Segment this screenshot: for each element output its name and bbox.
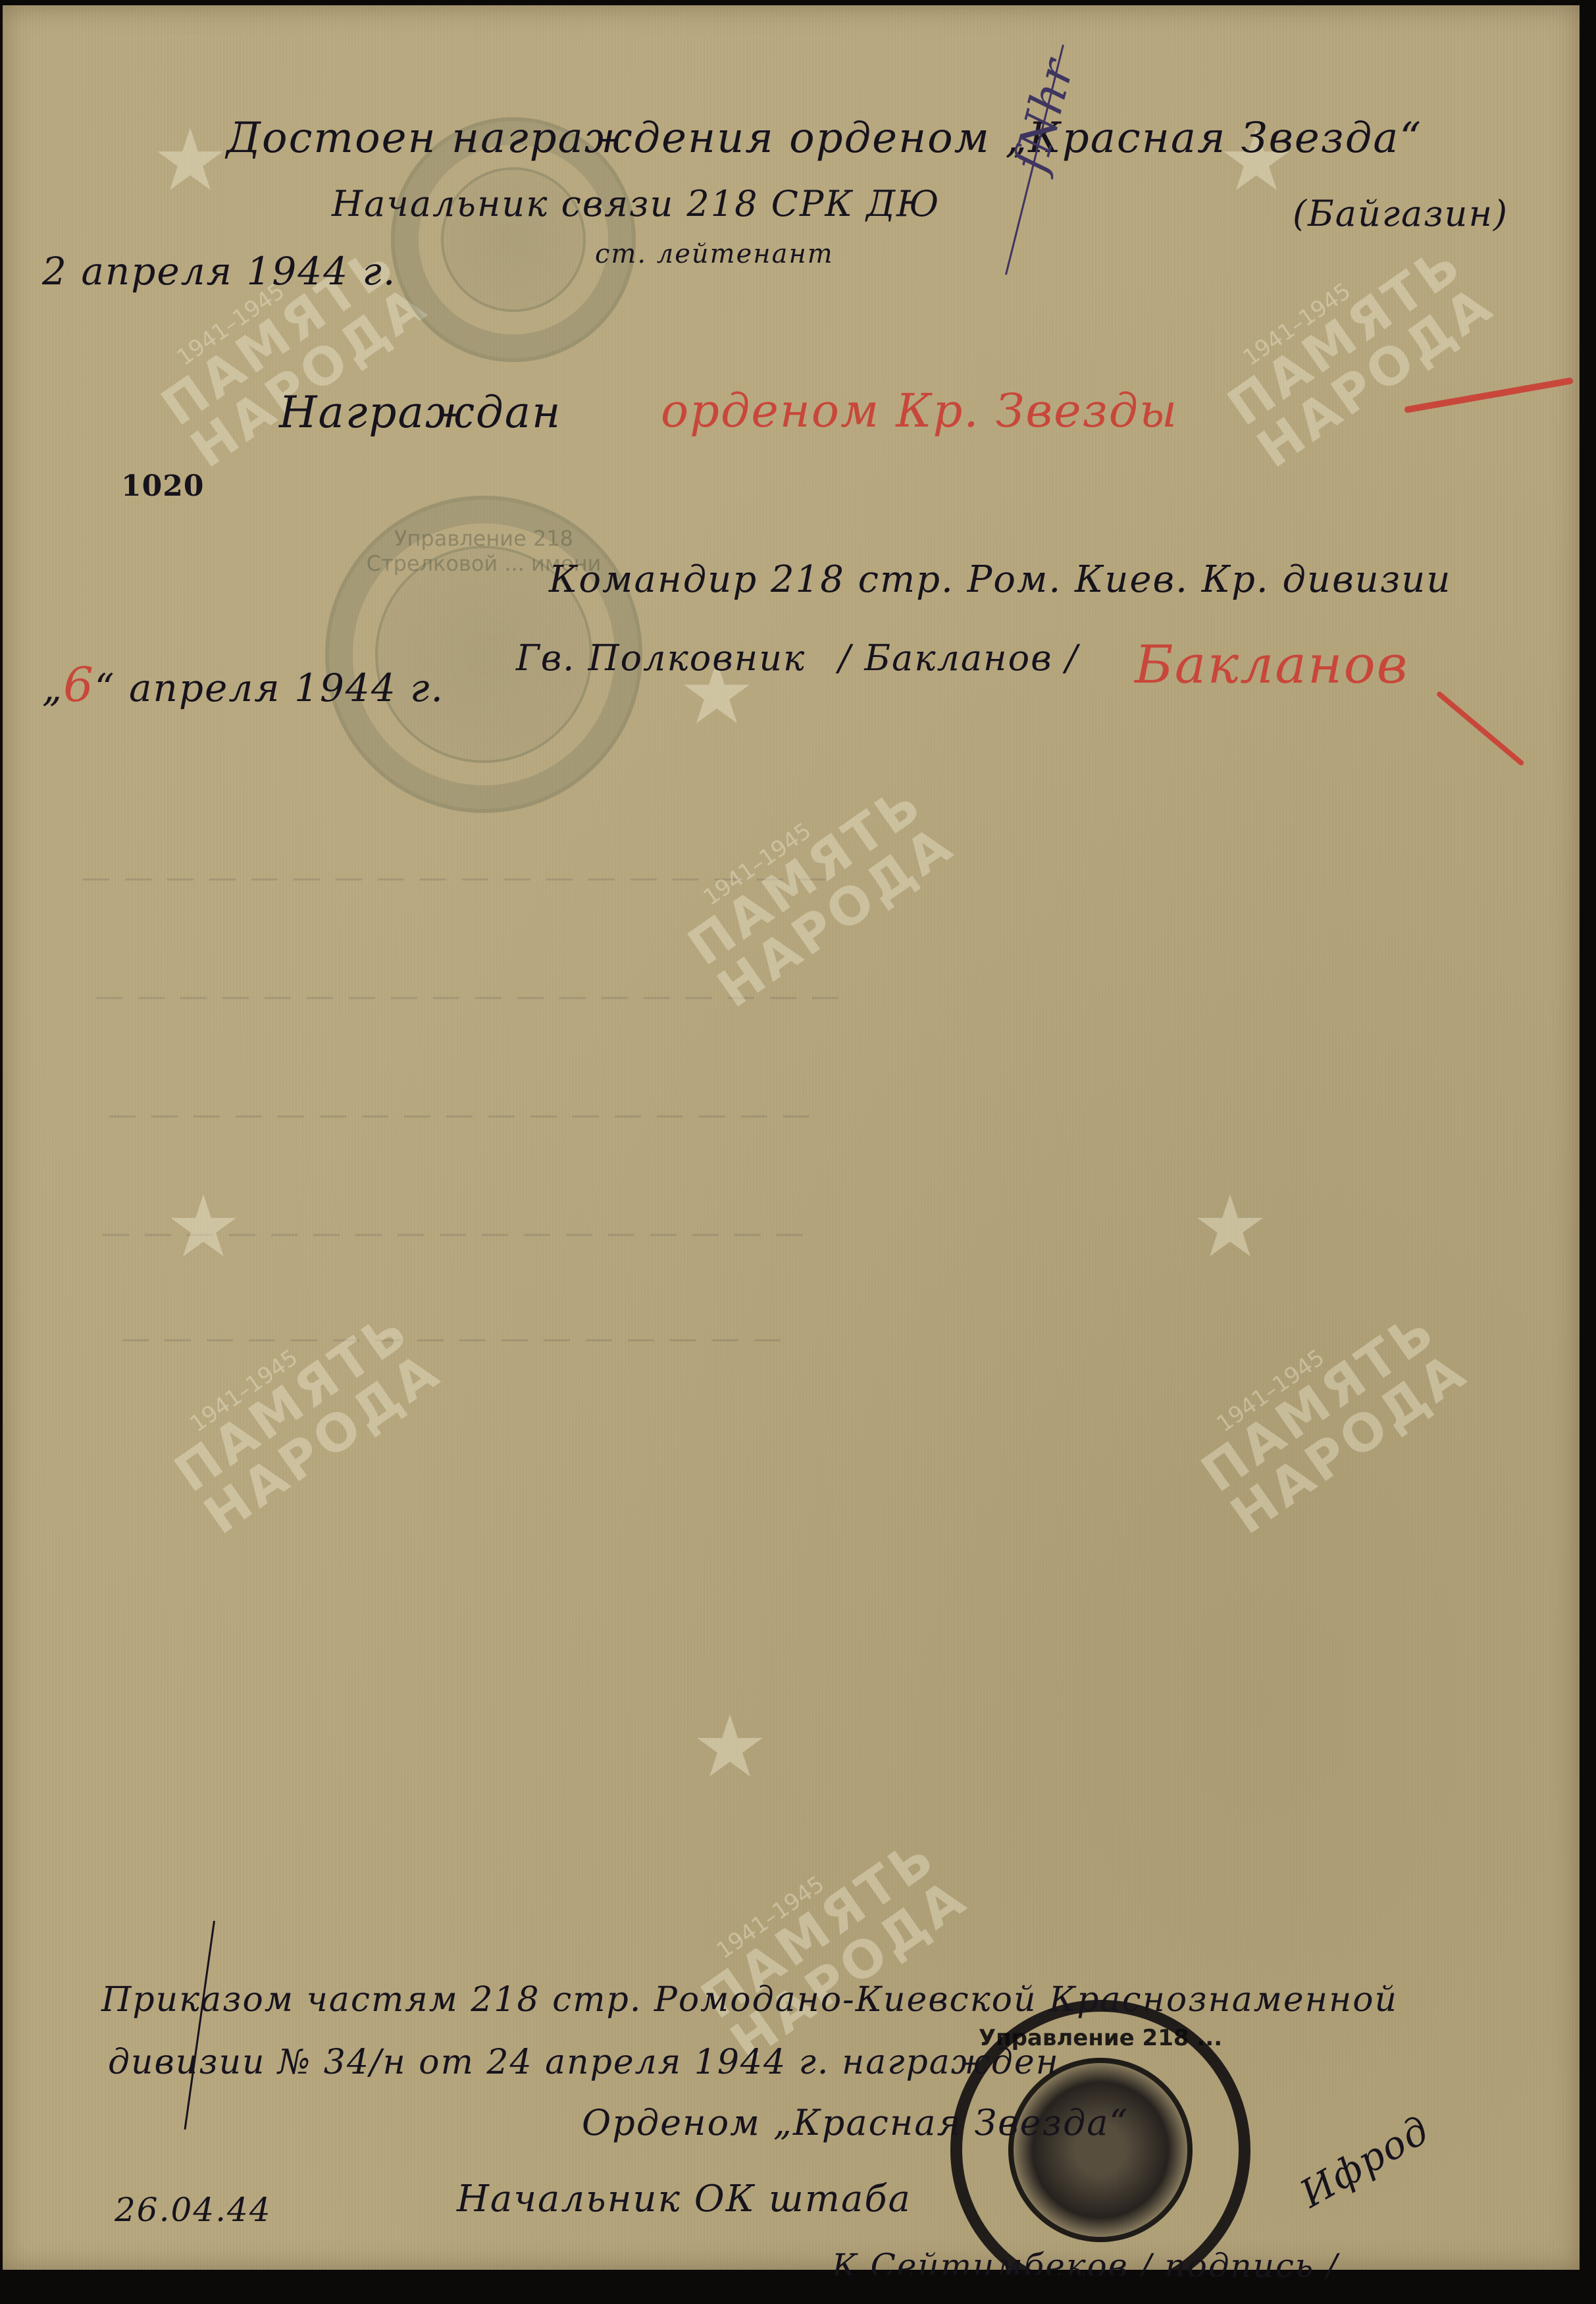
signatory-rank: ст. лейтенант	[595, 239, 834, 269]
signatory-position: Начальник связи 218 СРК ДЮ	[332, 183, 940, 224]
commander-position: Командир 218 стр. Ром. Киев. Кр. дивизии	[549, 558, 1451, 601]
watermark-star-icon: ★	[687, 1704, 773, 1789]
red-underline-stroke	[1404, 377, 1574, 413]
order-text-line-1: Приказом частям 218 стр. Ромодано-Киевск…	[101, 1980, 1398, 2020]
awarded-label: Награждан	[279, 387, 562, 438]
red-signature-tail	[1435, 691, 1524, 766]
awarded-order-red: орденом Кр. Звезды	[661, 384, 1178, 438]
signature-4: Ифрод	[1293, 2107, 1437, 2216]
personnel-chief-position: Начальник ОК штаба	[457, 2178, 912, 2220]
commander-name: / Бакланов /	[838, 637, 1079, 679]
date-2-day-red: 6	[63, 657, 95, 712]
scan-border-bottom	[0, 2265, 1596, 2304]
show-through-text: — — — — — — — — — — — — — — — —	[121, 1322, 784, 1355]
watermark: 1941–1945 ПАМЯТЬ НАРОДА	[1207, 217, 1503, 477]
watermark-star-icon: ★	[161, 1184, 246, 1269]
show-through-text: — — — — — — — — — — — — — — — — — —	[82, 861, 829, 895]
date-2: „6“ апреля 1944 г.	[42, 657, 444, 712]
signatory-name: (Байгазин)	[1293, 193, 1508, 234]
registration-number: 26.04.44	[115, 2191, 272, 2229]
document-page: — — — — — — — — — — — — — — — — — — — — …	[3, 5, 1580, 2270]
date-1: 2 апреля 1944 г.	[42, 249, 396, 294]
commander-rank: Гв. Полковник	[516, 637, 806, 679]
order-text-line-3: Орденом „Красная Звезда“	[582, 2102, 1129, 2143]
order-text-line-2: дивизии № 34/н от 24 апреля 1944 г. нагр…	[108, 2043, 1060, 2082]
show-through-text: — — — — — — — — — — — — — — — — — —	[95, 980, 842, 1013]
watermark-star-icon: ★	[1187, 1184, 1273, 1269]
watermark-star-icon: ★	[147, 117, 233, 203]
show-through-text: — — — — — — — — — — — — — — — — —	[108, 1098, 813, 1132]
bracket-stroke	[184, 1921, 215, 2130]
watermark: 1941–1945 ПАМЯТЬ НАРОДА	[681, 1810, 976, 2070]
stamp-number: 1020	[121, 469, 204, 503]
recommendation-text: Достоен награждения орденом „Красная Зве…	[226, 114, 1422, 163]
watermark: 1941–1945 ПАМЯТЬ НАРОДА	[1181, 1284, 1476, 1543]
commander-signature-red: Бакланов	[1135, 634, 1408, 695]
